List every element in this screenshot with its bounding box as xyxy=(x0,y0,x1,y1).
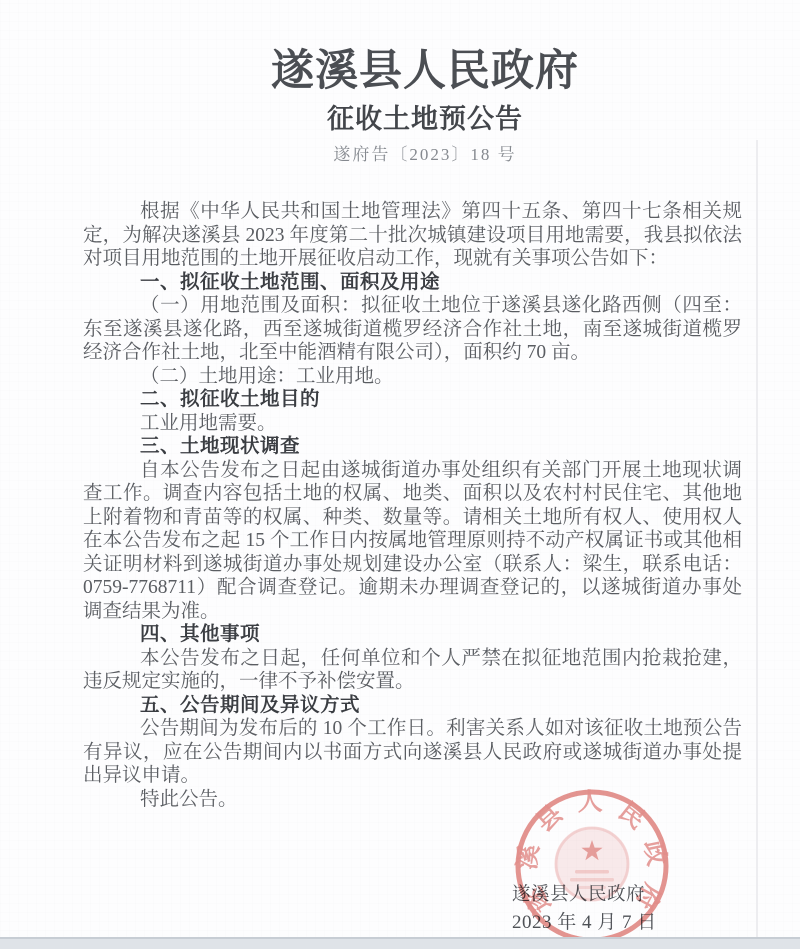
paragraph-land-use: （二）土地用途：工业用地。 xyxy=(83,365,742,389)
section-heading-1: 一、拟征收土地范围、面积及用途 xyxy=(83,271,742,295)
emblem-detail-bar-2 xyxy=(570,878,614,882)
scanned-announcement-page: 遂溪县人民政府 征收土地预公告 遂府告〔2023〕18 号 根据《中华人民共和国… xyxy=(0,0,800,949)
signature-issuer: 遂溪县人民政府 xyxy=(512,886,657,905)
signature-block: 遂溪县人民政府 2023 年 4 月 7 日 xyxy=(512,886,657,932)
signature-date: 2023 年 4 月 7 日 xyxy=(512,913,657,932)
paragraph-survey: 自本公告发布之日起由遂城街道办事处组织有关部门开展土地现状调查工作。调查内容包括… xyxy=(83,459,742,624)
paragraph-closing: 特此公告。 xyxy=(83,788,742,812)
paragraph-purpose: 工业用地需要。 xyxy=(83,412,742,436)
paragraph-land-scope: （一）用地范围及面积：拟征收土地位于遂溪县遂化路西侧（四至：东至遂溪县遂化路，西… xyxy=(83,294,742,365)
section-heading-4: 四、其他事项 xyxy=(83,623,742,647)
page-title: 遂溪县人民政府 xyxy=(50,50,800,93)
document-subtitle: 征收土地预公告 xyxy=(50,106,800,133)
document-header: 遂溪县人民政府 征收土地预公告 遂府告〔2023〕18 号 xyxy=(0,0,800,163)
section-heading-5: 五、公告期间及异议方式 xyxy=(83,694,742,718)
document-number: 遂府告〔2023〕18 号 xyxy=(50,146,800,163)
national-emblem-star-icon xyxy=(581,840,602,860)
scan-fold-line xyxy=(756,140,758,938)
section-heading-3: 三、土地现状调查 xyxy=(83,435,742,459)
section-heading-2: 二、拟征收土地目的 xyxy=(83,388,742,412)
paragraph-intro: 根据《中华人民共和国土地管理法》第四十五条、第四十七条相关规定，为解决遂溪县 2… xyxy=(83,200,742,271)
paragraph-objection: 公告期间为发布后的 10 个工作日。利害关系人如对该征收土地预公告有异议，应在公… xyxy=(83,717,742,788)
document-body: 根据《中华人民共和国土地管理法》第四十五条、第四十七条相关规定，为解决遂溪县 2… xyxy=(0,200,800,811)
paragraph-other-matters: 本公告发布之日起，任何单位和个人严禁在拟征地范围内抢栽抢建，违反规定实施的，一律… xyxy=(83,647,742,694)
bottom-edge-strip xyxy=(0,937,800,949)
emblem-detail-bar-1 xyxy=(575,870,609,874)
